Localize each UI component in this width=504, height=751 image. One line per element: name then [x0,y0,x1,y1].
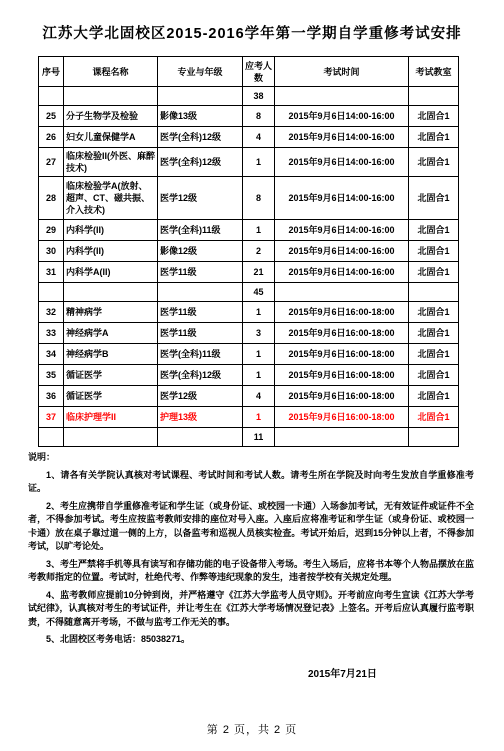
note-item-1: 1、请各有关学院认真核对考试课程、考试时间和考试人数。请考生所在学院及时向考生发… [28,469,474,496]
cell-exam-time [275,87,409,106]
cell-course-name: 神经病学A [64,323,158,344]
cell-major-grade [158,87,243,106]
table-row: 33 神经病学A 医学11级 3 2015年9月6日16:00-18:00 北固… [39,323,459,344]
table-body: 38 25 分子生物学及检验 影像13级 8 2015年9月6日14:00-16… [39,87,459,447]
note-item-5: 5、北固校区考务电话：85038271。 [28,633,474,647]
cell-course-name [64,428,158,447]
header-count: 应考人数 [243,57,275,87]
cell-exam-room: 北固合1 [409,127,459,148]
cell-course-name: 妇女儿童保健学A [64,127,158,148]
table-row: 31 内科学A(II) 医学11级 21 2015年9月6日14:00-16:0… [39,262,459,283]
cell-exam-room: 北固合1 [409,241,459,262]
cell-major-grade: 医学(全科)11级 [158,220,243,241]
cell-seq-no: 29 [39,220,64,241]
table-row: 36 循证医学 医学12级 4 2015年9月6日16:00-18:00 北固合… [39,386,459,407]
cell-examinee-count: 38 [243,87,275,106]
cell-examinee-count: 4 [243,386,275,407]
cell-exam-room: 北固合1 [409,262,459,283]
cell-exam-time: 2015年9月6日16:00-18:00 [275,302,409,323]
cell-examinee-count: 1 [243,220,275,241]
table-row: 35 循证医学 医学(全科)12级 1 2015年9月6日16:00-18:00… [39,365,459,386]
table-row: 27 临床检验II(外医、麻醉技术) 医学(全科)12级 1 2015年9月6日… [39,148,459,177]
cell-major-grade: 护理13级 [158,407,243,428]
cell-course-name: 内科学(II) [64,220,158,241]
cell-course-name: 分子生物学及检验 [64,106,158,127]
cell-course-name: 临床检验学A(放射、超声、CT、磁共振、介入技术) [64,177,158,220]
cell-seq-no: 26 [39,127,64,148]
table-row: 37 临床护理学II 护理13级 1 2015年9月6日16:00-18:00 … [39,407,459,428]
cell-seq-no: 27 [39,148,64,177]
cell-major-grade: 影像13级 [158,106,243,127]
cell-exam-time: 2015年9月6日14:00-16:00 [275,148,409,177]
cell-seq-no: 37 [39,407,64,428]
cell-course-name: 精神病学 [64,302,158,323]
cell-examinee-count: 8 [243,106,275,127]
table-row: 26 妇女儿童保健学A 医学(全科)12级 4 2015年9月6日14:00-1… [39,127,459,148]
cell-examinee-count: 21 [243,262,275,283]
cell-examinee-count: 11 [243,428,275,447]
table-row: 32 精神病学 医学11级 1 2015年9月6日16:00-18:00 北固合… [39,302,459,323]
cell-exam-time: 2015年9月6日14:00-16:00 [275,262,409,283]
header-course: 课程名称 [64,57,158,87]
cell-seq-no [39,283,64,302]
cell-seq-no: 25 [39,106,64,127]
cell-exam-room: 北固合1 [409,344,459,365]
cell-seq-no: 30 [39,241,64,262]
cell-major-grade: 影像12级 [158,241,243,262]
table-header: 序号 课程名称 专业与年级 应考人数 考试时间 考试教室 [39,57,459,87]
cell-exam-room [409,428,459,447]
cell-seq-no: 33 [39,323,64,344]
cell-course-name: 内科学A(II) [64,262,158,283]
document-page: 江苏大学北固校区2015-2016学年第一学期自学重修考试安排 序号 课程名称 … [0,0,504,751]
cell-exam-room: 北固合1 [409,106,459,127]
cell-major-grade: 医学(全科)12级 [158,148,243,177]
cell-seq-no: 32 [39,302,64,323]
cell-major-grade [158,428,243,447]
cell-examinee-count: 1 [243,302,275,323]
cell-major-grade: 医学12级 [158,386,243,407]
header-room: 考试教室 [409,57,459,87]
note-item-2: 2、考生应携带自学重修准考证和学生证（或身份证、或校园一卡通）入场参加考试，无有… [28,500,474,554]
cell-examinee-count: 45 [243,283,275,302]
cell-course-name: 临床护理学II [64,407,158,428]
notes-heading: 说明： [28,451,474,465]
table-row: 25 分子生物学及检验 影像13级 8 2015年9月6日14:00-16:00… [39,106,459,127]
cell-exam-time: 2015年9月6日16:00-18:00 [275,323,409,344]
table-row: 38 [39,87,459,106]
header-no: 序号 [39,57,64,87]
cell-exam-time: 2015年9月6日14:00-16:00 [275,177,409,220]
cell-major-grade: 医学11级 [158,323,243,344]
cell-exam-room: 北固合1 [409,365,459,386]
cell-examinee-count: 8 [243,177,275,220]
cell-examinee-count: 1 [243,148,275,177]
cell-exam-time: 2015年9月6日14:00-16:00 [275,106,409,127]
note-item-3: 3、考生严禁将手机等具有读写和存储功能的电子设备带入考场。考生入场后，应将书本等… [28,558,474,585]
cell-seq-no: 28 [39,177,64,220]
cell-course-name: 临床检验II(外医、麻醉技术) [64,148,158,177]
cell-exam-time: 2015年9月6日16:00-18:00 [275,386,409,407]
cell-exam-room: 北固合1 [409,386,459,407]
cell-exam-room: 北固合1 [409,302,459,323]
page-title: 江苏大学北固校区2015-2016学年第一学期自学重修考试安排 [0,0,504,43]
cell-seq-no: 34 [39,344,64,365]
table-row: 11 [39,428,459,447]
cell-exam-room [409,283,459,302]
cell-exam-room: 北固合1 [409,407,459,428]
cell-course-name: 循证医学 [64,386,158,407]
cell-exam-room: 北固合1 [409,220,459,241]
cell-exam-time [275,283,409,302]
page-number-footer: 第 2 页，共 2 页 [0,721,504,737]
cell-exam-room: 北固合1 [409,177,459,220]
cell-major-grade: 医学(全科)11级 [158,344,243,365]
cell-course-name [64,87,158,106]
cell-exam-time: 2015年9月6日14:00-16:00 [275,220,409,241]
document-date: 2015年7月21日 [308,665,504,680]
cell-course-name: 神经病学B [64,344,158,365]
cell-exam-room: 北固合1 [409,323,459,344]
table-row: 30 内科学(II) 影像12级 2 2015年9月6日14:00-16:00 … [39,241,459,262]
cell-examinee-count: 1 [243,344,275,365]
cell-major-grade: 医学11级 [158,262,243,283]
cell-examinee-count: 1 [243,365,275,386]
cell-exam-time: 2015年9月6日16:00-18:00 [275,407,409,428]
cell-seq-no: 31 [39,262,64,283]
cell-exam-room: 北固合1 [409,148,459,177]
cell-course-name: 循证医学 [64,365,158,386]
cell-seq-no [39,87,64,106]
cell-examinee-count: 1 [243,407,275,428]
cell-major-grade: 医学11级 [158,302,243,323]
cell-major-grade: 医学(全科)12级 [158,365,243,386]
notes-section: 说明： 1、请各有关学院认真核对考试课程、考试时间和考试人数。请考生所在学院及时… [28,451,474,647]
cell-examinee-count: 4 [243,127,275,148]
cell-major-grade: 医学12级 [158,177,243,220]
cell-major-grade: 医学(全科)12级 [158,127,243,148]
cell-course-name [64,283,158,302]
table-row: 28 临床检验学A(放射、超声、CT、磁共振、介入技术) 医学12级 8 201… [39,177,459,220]
cell-exam-time: 2015年9月6日14:00-16:00 [275,127,409,148]
cell-seq-no [39,428,64,447]
cell-exam-room [409,87,459,106]
cell-exam-time [275,428,409,447]
table-row: 45 [39,283,459,302]
exam-schedule-table: 序号 课程名称 专业与年级 应考人数 考试时间 考试教室 38 25 分子生物学… [38,56,459,447]
cell-examinee-count: 2 [243,241,275,262]
cell-exam-time: 2015年9月6日14:00-16:00 [275,241,409,262]
header-time: 考试时间 [275,57,409,87]
cell-seq-no: 36 [39,386,64,407]
cell-course-name: 内科学(II) [64,241,158,262]
cell-major-grade [158,283,243,302]
cell-exam-time: 2015年9月6日16:00-18:00 [275,365,409,386]
header-major: 专业与年级 [158,57,243,87]
table-row: 34 神经病学B 医学(全科)11级 1 2015年9月6日16:00-18:0… [39,344,459,365]
header-row: 序号 课程名称 专业与年级 应考人数 考试时间 考试教室 [39,57,459,87]
cell-exam-time: 2015年9月6日16:00-18:00 [275,344,409,365]
note-item-4: 4、监考教师应提前10分钟到岗，并严格遵守《江苏大学监考人员守则》。开考前应向考… [28,589,474,630]
table-row: 29 内科学(II) 医学(全科)11级 1 2015年9月6日14:00-16… [39,220,459,241]
cell-seq-no: 35 [39,365,64,386]
cell-examinee-count: 3 [243,323,275,344]
